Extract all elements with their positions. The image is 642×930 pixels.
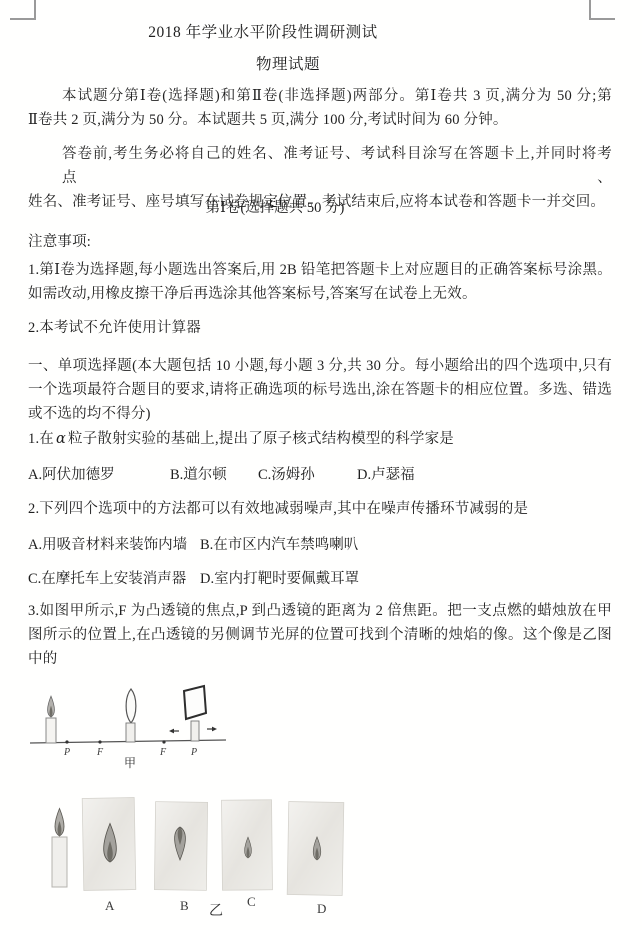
question-2-options-row2: C.在摩托车上安装消声器 D.室内打靶时要佩戴耳罩 bbox=[28, 567, 618, 589]
part1-header: 第Ⅰ卷(选择题共 50 分) bbox=[0, 196, 596, 217]
option-c-label: C bbox=[247, 894, 256, 909]
text-line: 如需改动,用橡皮擦干净后再选涂其他答案标号,答案写在试卷上无效。 bbox=[28, 282, 612, 306]
paper-subtitle: 物理试题 bbox=[0, 52, 609, 74]
image-options-canvas: A B 乙 C bbox=[46, 793, 351, 925]
section-choice-heading: 一、单项选择题(本大题包括 10 小题,每小题 3 分,共 30 分。每小题给出… bbox=[28, 354, 612, 426]
option-b-label: B bbox=[180, 898, 189, 913]
option-a: A.用吸音材料来装饰内墙 bbox=[28, 533, 187, 554]
alpha-symbol: α bbox=[54, 431, 68, 447]
text-line: 或不选的均不得分) bbox=[28, 402, 612, 426]
text-line: 一个选项最符合题目的要求,请将正确选项的标号选出,涂在答题卡的相应位置。多选、错… bbox=[28, 378, 612, 402]
candle-body bbox=[52, 837, 67, 887]
text-line: 1.第Ⅰ卷为选择题,每小题选出答案后,用 2B 铅笔把答题卡上对应题目的正确答案… bbox=[28, 258, 612, 282]
option-c: C.在摩托车上安装消声器 bbox=[28, 567, 186, 588]
option-d: D.卢瑟福 bbox=[357, 463, 415, 484]
question-1-suffix: 粒子散射实验的基础上,提出了原子核式结构模型的科学家是 bbox=[68, 431, 454, 447]
question-3-stem: 3.如图甲所示,F 为凸透镜的焦点,P 到凸透镜的距离为 2 倍焦距。把一支点燃… bbox=[28, 599, 612, 671]
option-b: B.道尔顿 bbox=[170, 463, 227, 484]
move-left-arrow-icon bbox=[169, 729, 179, 734]
lens-stand bbox=[126, 723, 135, 742]
figure-jia-caption: 甲 bbox=[124, 756, 136, 770]
exam-paper-page: 2018 年学业水平阶段性调研测试 物理试题 本试题分第Ⅰ卷(选择题)和第Ⅱ卷(… bbox=[0, 0, 642, 930]
notice-item-1: 1.第Ⅰ卷为选择题,每小题选出答案后,用 2B 铅笔把答题卡上对应题目的正确答案… bbox=[28, 258, 612, 306]
point-p-right-label: P bbox=[190, 747, 197, 758]
question-2-stem: 2.下列四个选项中的方法都可以有效地减弱噪声,其中在噪声传播环节减弱的是 bbox=[28, 497, 612, 521]
question-1-prefix: 1.在 bbox=[28, 431, 54, 447]
text-line: 图所示的位置上,在凸透镜的另侧调节光屏的位置可找到个清晰的烛焰的像。这个像是乙图 bbox=[28, 623, 612, 647]
point-f-right-dot bbox=[162, 740, 165, 743]
option-a-label: A bbox=[105, 898, 115, 913]
question-1-stem: 1.在α粒子散射实验的基础上,提出了原子核式结构模型的科学家是 bbox=[28, 427, 612, 451]
option-a: A.阿伏加德罗 bbox=[28, 463, 115, 484]
text-line: 本试题分第Ⅰ卷(选择题)和第Ⅱ卷(非选择题)两部分。第Ⅰ卷共 3 页,满分为 5… bbox=[28, 84, 612, 108]
candle-body bbox=[46, 718, 56, 743]
option-b: B.在市区内汽车禁鸣喇叭 bbox=[200, 533, 358, 554]
text-line: 3.如图甲所示,F 为凸透镜的焦点,P 到凸透镜的距离为 2 倍焦距。把一支点燃… bbox=[28, 599, 612, 623]
figure-jia-lens-diagram: P F 甲 F P bbox=[28, 682, 228, 777]
figure-yi-caption: 乙 bbox=[209, 904, 223, 919]
intro-paragraph-1: 本试题分第Ⅰ卷(选择题)和第Ⅱ卷(非选择题)两部分。第Ⅰ卷共 3 页,满分为 5… bbox=[28, 84, 612, 132]
paper-title: 2018 年学业水平阶段性调研测试 bbox=[0, 20, 584, 42]
lens-diagram-canvas: P F 甲 F P bbox=[28, 682, 228, 772]
notice-item-2: 2.本考试不允许使用计算器 bbox=[28, 316, 612, 340]
point-p-left-dot bbox=[65, 740, 68, 743]
scan-corner-mark-left bbox=[10, 0, 36, 20]
point-f-left-dot bbox=[98, 740, 101, 743]
move-right-arrow-icon bbox=[207, 727, 217, 732]
point-p-left-label: P bbox=[63, 747, 70, 758]
notice-heading: 注意事项: bbox=[28, 230, 612, 254]
convex-lens-icon bbox=[126, 689, 136, 723]
point-f-left-label: F bbox=[96, 747, 104, 758]
candle-flame-icon bbox=[48, 696, 55, 717]
text-line: 答卷前,考生务必将自己的姓名、准考证号、考试科目涂写在答题卡上,并同时将考点、 bbox=[28, 142, 612, 190]
option-c: C.汤姆孙 bbox=[258, 463, 315, 484]
screen-stand bbox=[191, 721, 199, 741]
figure-yi-image-options: A B 乙 C bbox=[46, 793, 351, 930]
option-d: D.室内打靶时要佩戴耳罩 bbox=[200, 567, 359, 588]
light-screen bbox=[184, 686, 206, 719]
point-f-right-label: F bbox=[159, 747, 167, 758]
candle-flame-icon bbox=[55, 809, 64, 837]
text-line: 一、单项选择题(本大题包括 10 小题,每小题 3 分,共 30 分。每小题给出… bbox=[28, 354, 612, 378]
option-d-label: D bbox=[317, 901, 326, 916]
question-1-options: A.阿伏加德罗 B.道尔顿 C.汤姆孙 D.卢瑟福 bbox=[28, 463, 618, 485]
question-2-options-row1: A.用吸音材料来装饰内墙 B.在市区内汽车禁鸣喇叭 bbox=[28, 533, 618, 555]
scan-corner-mark-right bbox=[589, 0, 615, 20]
text-line: Ⅱ卷共 2 页,满分为 50 分。本试题共 5 页,满分 100 分,考试时间为… bbox=[28, 108, 612, 132]
text-line: 中的 bbox=[28, 647, 612, 671]
